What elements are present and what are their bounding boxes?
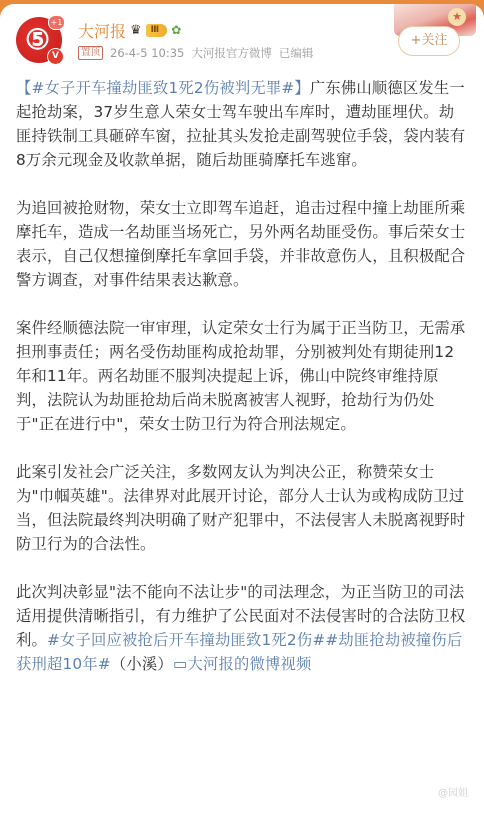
post-header: ⑤ +1 V 大河报 ♛ Ⅲ ✿ 置顶 26-4-5 10:35 大河报官方微博… [0, 4, 484, 66]
paragraph-4: 此案引发社会广泛关注，多数网友认为判决公正，称赞荣女士为"巾帼英雄"。法律界对此… [16, 460, 468, 556]
crown-icon: ♛ [130, 23, 142, 38]
level-badge-icon: Ⅲ [146, 24, 168, 37]
pinned-badge: 置顶 [78, 46, 103, 60]
hashtag-bracket-open: 【 [16, 79, 32, 97]
paragraph-2: 为追回被抢财物，荣女士立即驾车追赶，追击过程中撞上劫匪所乘摩托车，造成一名劫匪当… [16, 196, 468, 292]
verified-icon: V [47, 48, 64, 65]
post-timestamp: 26-4-5 10:35 [110, 46, 184, 60]
author-name[interactable]: 大河报 [78, 19, 126, 42]
watermark: @园姐 [438, 784, 468, 799]
author-name-row: 大河报 ♛ Ⅲ ✿ [78, 19, 181, 41]
paragraph-1: 【#女子开车撞劫匪致1死2伤被判无罪#】广东佛山顺德区发生一起抢劫案，37岁生意… [16, 76, 468, 172]
author-avatar[interactable]: ⑤ +1 V [16, 17, 62, 63]
paragraph-5: 此次判决彰显"法不能向不法让步"的司法理念，为正当防卫的司法适用提供清晰指引，有… [16, 580, 468, 676]
hashtag-link[interactable]: #女子回应被抢后开车撞劫匪致1死2伤# [47, 631, 325, 649]
video-link[interactable]: 大河报的微博视频 [188, 655, 312, 673]
logo-icon: ⑤ [25, 23, 50, 56]
weibo-post-card: ★ ⑤ +1 V 大河报 ♛ Ⅲ ✿ 置顶 26-4-5 10:35 大河报官方… [0, 4, 484, 800]
author-note: （小溪） [111, 655, 173, 673]
post-source: 大河报官方微博 [191, 45, 272, 61]
edited-label: 已编辑 [279, 45, 314, 61]
video-icon: ▭ [173, 655, 188, 673]
hashtag-link[interactable]: #女子开车撞劫匪致1死2伤被判无罪# [32, 79, 295, 97]
paragraph-3: 案件经顺德法院一审审理，认定荣女士行为属于正当防卫，无需承担刑事责任；两名受伤劫… [16, 316, 468, 436]
follow-button[interactable]: +关注 [398, 26, 460, 56]
avatar-plus-badge: +1 [48, 15, 65, 30]
post-meta: 置顶 26-4-5 10:35 大河报官方微博 已编辑 [78, 45, 313, 61]
post-body: 【#女子开车撞劫匪致1死2伤被判无罪#】广东佛山顺德区发生一起抢劫案，37岁生意… [16, 76, 468, 700]
sprout-icon: ✿ [171, 23, 181, 37]
hashtag-bracket-close: 】 [294, 79, 310, 97]
